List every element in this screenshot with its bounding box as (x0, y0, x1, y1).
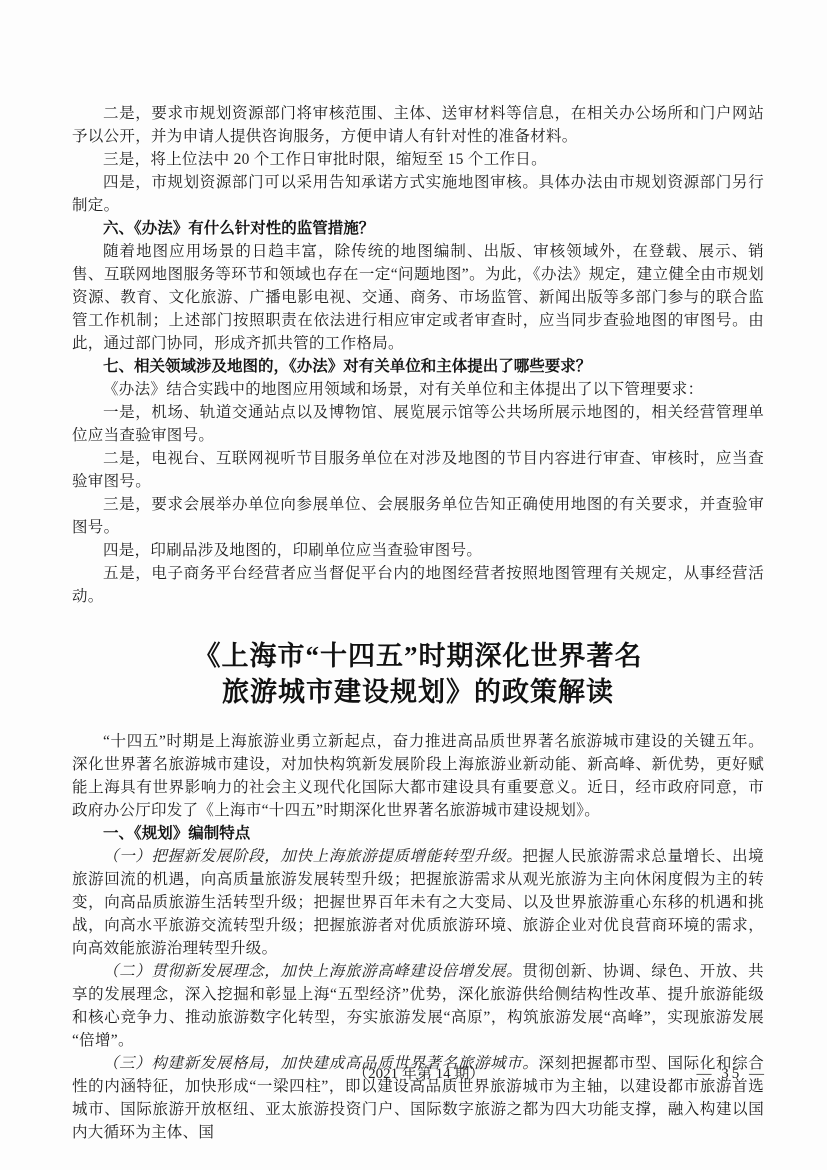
body-paragraph: 五是，电子商务平台经营者应当督促平台内的地图经营者按照地图管理有关规定，从事经营… (72, 562, 764, 608)
article-title-line-2: 旅游城市建设规划》的政策解读 (72, 674, 764, 710)
body-paragraph: 三是，要求会展举办单位向参展单位、会展服务单位告知正确使用地图的有关要求，并查验… (72, 493, 764, 539)
article-title: 《上海市“十四五”时期深化世界著名 旅游城市建设规划》的政策解读 (72, 638, 764, 710)
footer-page-number: — 35 — (697, 1064, 768, 1084)
section-heading-one: 一、《规划》编制特点 (72, 822, 764, 845)
body-paragraph: 随着地图应用场景的日趋丰富，除传统的地图编制、出版、审核领域外，在登载、展示、销… (72, 240, 764, 355)
document-page: 二是，要求市规划资源部门将审核范围、主体、送审材料等信息，在相关办公场所和门户网… (0, 0, 827, 1170)
body-paragraph: 二是，电视台、互联网视听节目服务单位在对涉及地图的节目内容进行审查、审核时，应当… (72, 447, 764, 493)
point-lead: （二）贯彻新发展理念，加快上海旅游高峰建设倍增发展。 (103, 963, 522, 980)
question-heading-seven: 七、相关领域涉及地图的，《办法》对有关单位和主体提出了哪些要求？ (72, 355, 764, 378)
body-paragraph: 四是，印刷品涉及地图的，印刷单位应当查验审图号。 (72, 539, 764, 562)
point-lead: （一）把握新发展阶段，加快上海旅游提质增能转型升级。 (103, 848, 522, 865)
intro-paragraph: “十四五”时期是上海旅游业勇立新起点，奋力推进高品质世界著名旅游城市建设的关键五… (72, 730, 764, 822)
question-heading-six: 六、《办法》有什么针对性的监管措施？ (72, 217, 764, 240)
article-title-line-1: 《上海市“十四五”时期深化世界著名 (72, 638, 764, 674)
footer-issue-label: （2021 年第 14 期） (353, 1064, 484, 1084)
point-paragraph: （二）贯彻新发展理念，加快上海旅游高峰建设倍增发展。贯彻创新、协调、绿色、开放、… (72, 960, 764, 1052)
page-content: 二是，要求市规划资源部门将审核范围、主体、送审材料等信息，在相关办公场所和门户网… (72, 102, 764, 1144)
body-paragraph: 三是，将上位法中 20 个工作日审批时限，缩短至 15 个工作日。 (72, 148, 764, 171)
body-paragraph: 二是，要求市规划资源部门将审核范围、主体、送审材料等信息，在相关办公场所和门户网… (72, 102, 764, 148)
body-paragraph: 一是，机场、轨道交通站点以及博物馆、展览展示馆等公共场所展示地图的，相关经营管理… (72, 401, 764, 447)
body-paragraph: 四是，市规划资源部门可以采用告知承诺方式实施地图审核。具体办法由市规划资源部门另… (72, 171, 764, 217)
point-paragraph: （一）把握新发展阶段，加快上海旅游提质增能转型升级。把握人民旅游需求总量增长、出… (72, 845, 764, 960)
body-paragraph: 《办法》结合实践中的地图应用领域和场景，对有关单位和主体提出了以下管理要求： (72, 378, 764, 401)
